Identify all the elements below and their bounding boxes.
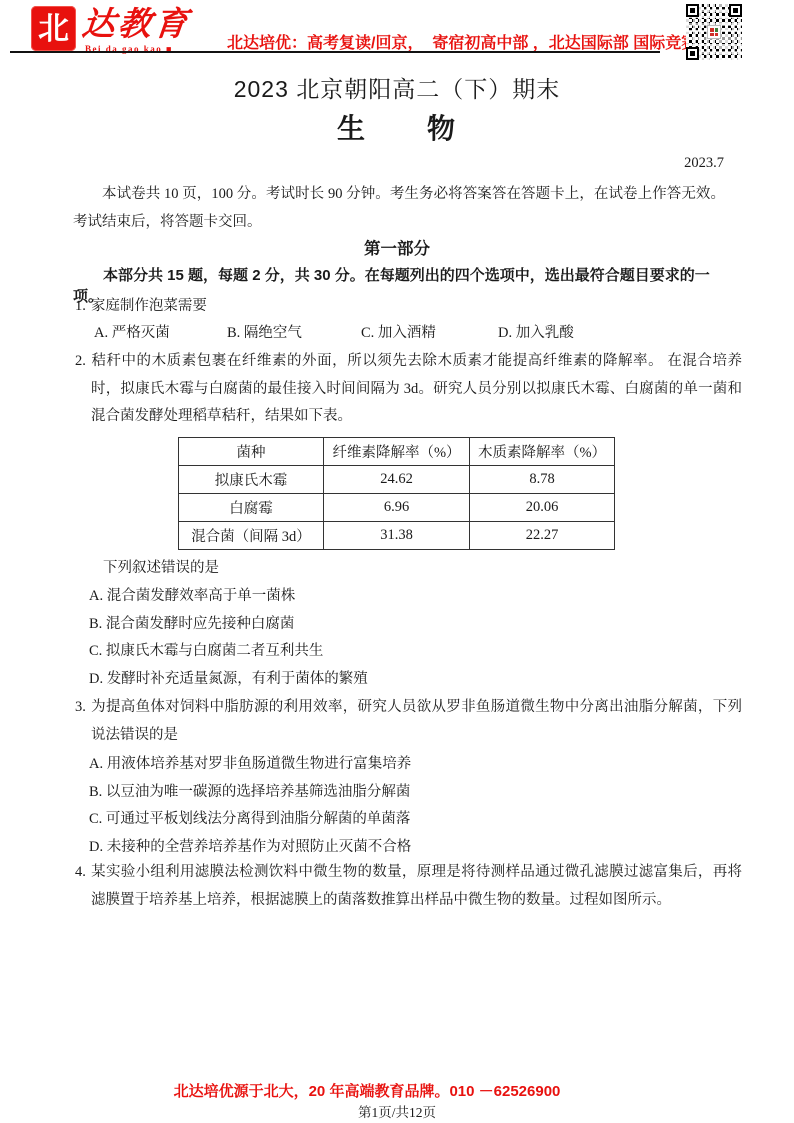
question-number: 3. xyxy=(75,699,86,715)
option-b: B. 隔绝空气 xyxy=(227,321,361,342)
question-stem: 秸秆中的木质素包裹在纤维素的外面，所以须先去除木质素才能提高纤维素的降解率。 在… xyxy=(91,353,742,424)
option-b: B. 以豆油为唯一碳源的选择培养基筛选油脂分解菌 xyxy=(89,779,411,807)
question-4: 4.某实验小组利用滤膜法检测饮料中微生物的数量，原理是将待测样品通过微孔滤膜过滤… xyxy=(75,859,742,914)
exam-title: 2023 北京朝阳高二（下）期末 xyxy=(0,71,794,104)
exam-date: 2023.7 xyxy=(684,155,724,172)
question-number: 1. xyxy=(75,298,86,314)
table-cell: 22.27 xyxy=(470,522,615,550)
option-d: D. 加入乳酸 xyxy=(498,321,574,342)
question-2-stem-continued: 下列叙述错误的是 xyxy=(103,555,219,583)
option-a: A. 严格灭菌 xyxy=(94,321,227,342)
table-cell: 白腐霉 xyxy=(179,494,324,522)
table-header-cell: 菌种 xyxy=(179,438,324,466)
question-1: 1.家庭制作泡菜需要 xyxy=(75,293,207,321)
qr-center-logo-icon xyxy=(707,25,721,39)
question-1-options: A. 严格灭菌 B. 隔绝空气 C. 加入酒精 D. 加入乳酸 xyxy=(94,321,574,342)
option-a: A. 用液体培养基对罗非鱼肠道微生物进行富集培养 xyxy=(89,751,411,779)
page-number: 第1页/共12页 xyxy=(0,1101,794,1121)
qr-code-icon xyxy=(686,4,742,60)
option-d: D. 发酵时补充适量氮源，有利于菌体的繁殖 xyxy=(89,666,368,694)
logo-seal-character: 北 xyxy=(38,13,69,44)
table-row: 混合菌（间隔 3d） 31.38 22.27 xyxy=(179,522,615,550)
option-c: C. 可通过平板划线法分离得到油脂分解菌的单菌落 xyxy=(89,806,411,834)
table-cell: 拟康氏木霉 xyxy=(179,466,324,494)
option-b: B. 混合菌发酵时应先接种白腐菌 xyxy=(89,611,368,639)
header-divider xyxy=(10,51,660,53)
part1-heading: 第一部分 xyxy=(0,235,794,259)
table-cell: 8.78 xyxy=(470,466,615,494)
header-slogan: 北达培优：高考复读/回京， 寄宿初高中部 ，北达国际部 国际竞赛部 xyxy=(227,30,713,53)
option-a: A. 混合菌发酵效率高于单一菌株 xyxy=(89,583,368,611)
logo-script-text: 达教育 xyxy=(80,4,234,46)
qr-finder-icon xyxy=(686,4,699,17)
option-c: C. 加入酒精 xyxy=(361,321,498,342)
table-cell: 31.38 xyxy=(324,522,470,550)
exam-document-page: 北 达教育 Bei da gao kao ■ 北达培优：高考复读/回京， 寄宿初… xyxy=(0,0,794,1123)
qr-finder-icon xyxy=(729,4,742,17)
question-3: 3.为提高鱼体对饲料中脂肪源的利用效率，研究人员欲从罗非鱼肠道微生物中分离出油脂… xyxy=(75,694,742,749)
option-d: D. 未接种的全营养培养基作为对照防止灭菌不合格 xyxy=(89,834,411,862)
question-number: 2. xyxy=(75,353,86,369)
question-2: 2.秸秆中的木质素包裹在纤维素的外面，所以须先去除木质素才能提高纤维素的降解率。… xyxy=(75,348,742,431)
table-cell: 24.62 xyxy=(324,466,470,494)
option-c: C. 拟康氏木霉与白腐菌二者互利共生 xyxy=(89,638,368,666)
footer-slogan: 北达培优源于北大，20 年高端教育品牌。010 －62526900 xyxy=(0,1080,764,1101)
table-row: 拟康氏木霉 24.62 8.78 xyxy=(179,466,615,494)
table-row: 白腐霉 6.96 20.06 xyxy=(179,494,615,522)
table-cell: 混合菌（间隔 3d） xyxy=(179,522,324,550)
qr-finder-icon xyxy=(686,47,699,60)
table-header-cell: 木质素降解率（%） xyxy=(470,438,615,466)
question-3-options: A. 用液体培养基对罗非鱼肠道微生物进行富集培养 B. 以豆油为唯一碳源的选择培… xyxy=(89,751,411,861)
table-header-cell: 纤维素降解率（%） xyxy=(324,438,470,466)
question-stem: 某实验小组利用滤膜法检测饮料中微生物的数量，原理是将待测样品通过微孔滤膜过滤富集… xyxy=(91,864,742,908)
question-2-options: A. 混合菌发酵效率高于单一菌株 B. 混合菌发酵时应先接种白腐菌 C. 拟康氏… xyxy=(89,583,368,693)
table-header-row: 菌种 纤维素降解率（%） 木质素降解率（%） xyxy=(179,438,615,466)
subject-title: 生 物 xyxy=(0,107,794,147)
degradation-results-table: 菌种 纤维素降解率（%） 木质素降解率（%） 拟康氏木霉 24.62 8.78 … xyxy=(178,437,615,550)
question-stem: 家庭制作泡菜需要 xyxy=(91,298,207,314)
question-stem: 为提高鱼体对饲料中脂肪源的利用效率，研究人员欲从罗非鱼肠道微生物中分离出油脂分解… xyxy=(91,699,742,743)
table-cell: 20.06 xyxy=(470,494,615,522)
exam-notes: 本试卷共 10 页，100 分。考试时长 90 分钟。考生务必将答案答在答题卡上… xyxy=(73,181,725,236)
table-cell: 6.96 xyxy=(324,494,470,522)
question-number: 4. xyxy=(75,864,86,880)
beida-logo-seal-icon: 北 xyxy=(31,6,76,51)
